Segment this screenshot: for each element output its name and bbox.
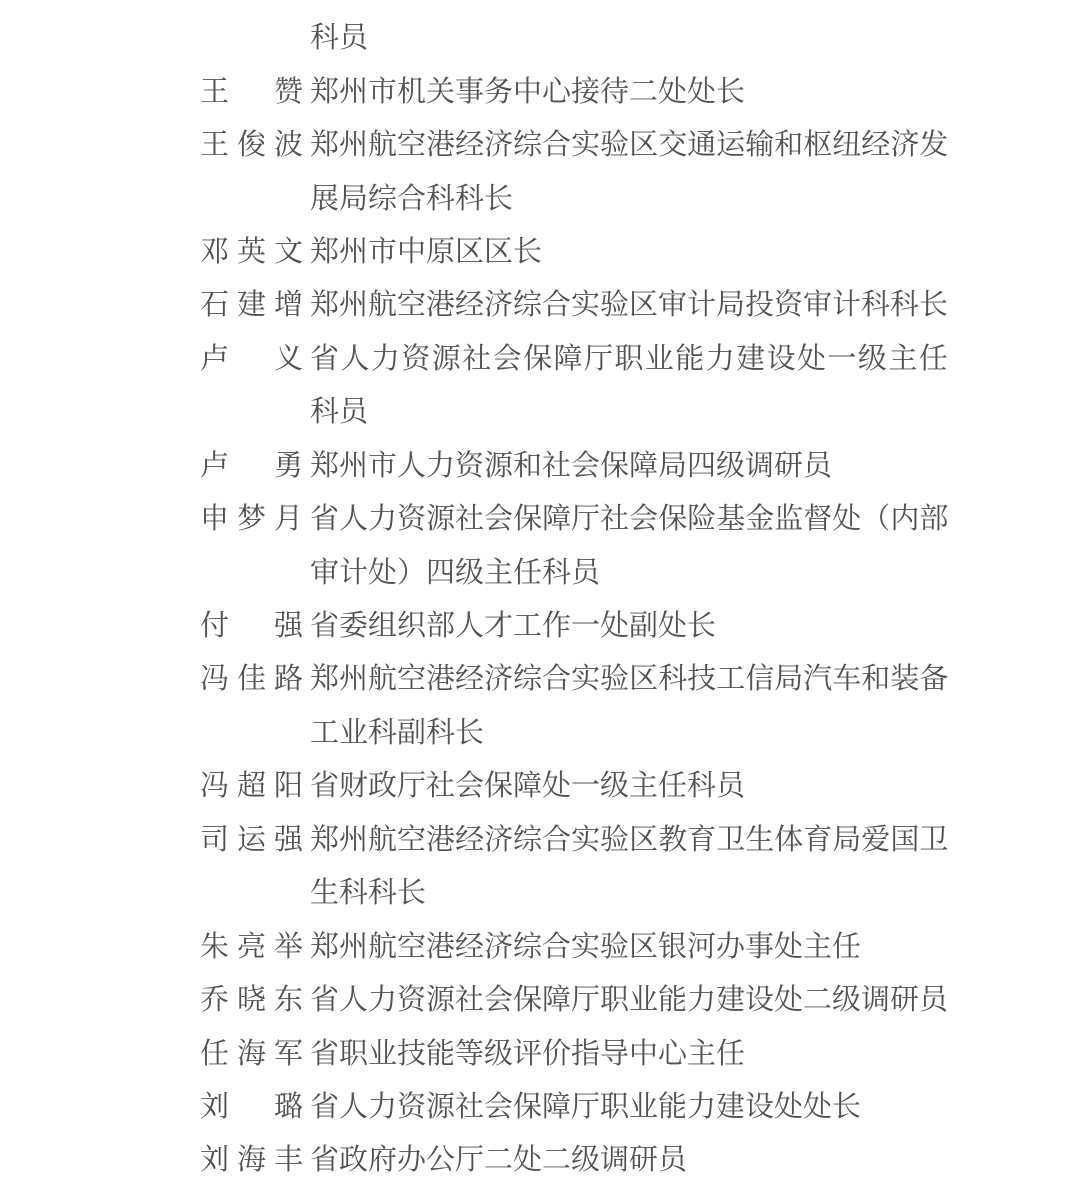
roster-row: 朱亮举 郑州航空港经济综合实验区银河办事处主任 [200,920,1080,973]
person-position: 郑州航空港经济综合实验区银河办事处主任 [310,933,948,962]
person-name: 冯超阳 [200,772,303,801]
person-name: 王俊波 [200,131,303,160]
person-position: 科员 [310,398,948,427]
document-page: 科员 王赞 郑州市机关事务中心接待二处处长 王俊波 郑州航空港经济综合实验区交通… [0,0,1080,1188]
person-position: 郑州航空港经济综合实验区审计局投资审计科科长 [310,291,948,320]
person-name: 卢勇 [200,452,303,481]
person-name: 付强 [200,612,303,641]
person-position: 郑州航空港经济综合实验区科技工信局汽车和装备 [310,665,948,694]
person-name: 卢义 [200,345,303,374]
person-position: 省财政厅社会保障处一级主任科员 [310,772,948,801]
roster-row: 乔晓东 省人力资源社会保障厅职业能力建设处二级调研员 [200,974,1080,1027]
person-position: 郑州市机关事务中心接待二处处长 [310,78,948,107]
person-name: 石建增 [200,291,303,320]
roster-row: 工业科副科长 [200,707,1080,760]
person-name: 邓英文 [200,238,303,267]
person-position: 展局综合科科长 [310,185,948,214]
roster-row: 卢义 省人力资源社会保障厅职业能力建设处一级主任 [200,333,1080,386]
person-name: 冯佳路 [200,665,303,694]
person-position: 省政府办公厅二处二级调研员 [310,1146,948,1175]
person-name: 刘海丰 [200,1146,303,1175]
person-position: 审计处）四级主任科员 [310,559,948,588]
person-position: 工业科副科长 [310,719,948,748]
person-position: 省职业技能等级评价指导中心主任 [310,1040,948,1069]
person-position: 郑州市中原区区长 [310,238,948,267]
roster-row: 王赞 郑州市机关事务中心接待二处处长 [200,65,1080,118]
roster-row: 科员 [200,386,1080,439]
roster-row: 卢勇 郑州市人力资源和社会保障局四级调研员 [200,440,1080,493]
roster-row: 付强 省委组织部人才工作一处副处长 [200,600,1080,653]
person-name: 申梦月 [200,505,303,534]
person-position: 郑州市人力资源和社会保障局四级调研员 [310,452,948,481]
person-name: 刘璐 [200,1093,303,1122]
roster-row: 刘璐 省人力资源社会保障厅职业能力建设处处长 [200,1081,1080,1134]
person-position: 郑州航空港经济综合实验区教育卫生体育局爱国卫 [310,826,948,855]
roster-row: 王俊波 郑州航空港经济综合实验区交通运输和枢纽经济发 [200,119,1080,172]
person-position: 省人力资源社会保障厅社会保险基金监督处（内部 [310,505,948,534]
roster-row: 生科科长 [200,867,1080,920]
person-name: 司运强 [200,826,303,855]
roster-row: 冯超阳 省财政厅社会保障处一级主任科员 [200,760,1080,813]
roster-row: 刘海丰 省政府办公厅二处二级调研员 [200,1134,1080,1187]
roster-row: 展局综合科科长 [200,172,1080,225]
person-position: 生科科长 [310,879,948,908]
person-name: 任海军 [200,1040,303,1069]
roster-list: 科员 王赞 郑州市机关事务中心接待二处处长 王俊波 郑州航空港经济综合实验区交通… [200,12,1080,1188]
roster-row: 司运强 郑州航空港经济综合实验区教育卫生体育局爱国卫 [200,814,1080,867]
roster-row: 邓英文 郑州市中原区区长 [200,226,1080,279]
person-position: 郑州航空港经济综合实验区交通运输和枢纽经济发 [310,131,948,160]
person-position: 省人力资源社会保障厅职业能力建设处处长 [310,1093,948,1122]
roster-row: 审计处）四级主任科员 [200,546,1080,599]
roster-row: 冯佳路 郑州航空港经济综合实验区科技工信局汽车和装备 [200,653,1080,706]
roster-row: 任海军 省职业技能等级评价指导中心主任 [200,1027,1080,1080]
person-name: 朱亮举 [200,933,303,962]
person-position: 省人力资源社会保障厅职业能力建设处二级调研员 [310,986,948,1015]
person-position: 省委组织部人才工作一处副处长 [310,612,948,641]
person-name: 乔晓东 [200,986,303,1015]
roster-row: 申梦月 省人力资源社会保障厅社会保险基金监督处（内部 [200,493,1080,546]
person-position: 省人力资源社会保障厅职业能力建设处一级主任 [310,345,948,374]
roster-row: 石建增 郑州航空港经济综合实验区审计局投资审计科科长 [200,279,1080,332]
person-name: 王赞 [200,78,303,107]
person-position: 科员 [310,24,948,53]
roster-row: 科员 [200,12,1080,65]
